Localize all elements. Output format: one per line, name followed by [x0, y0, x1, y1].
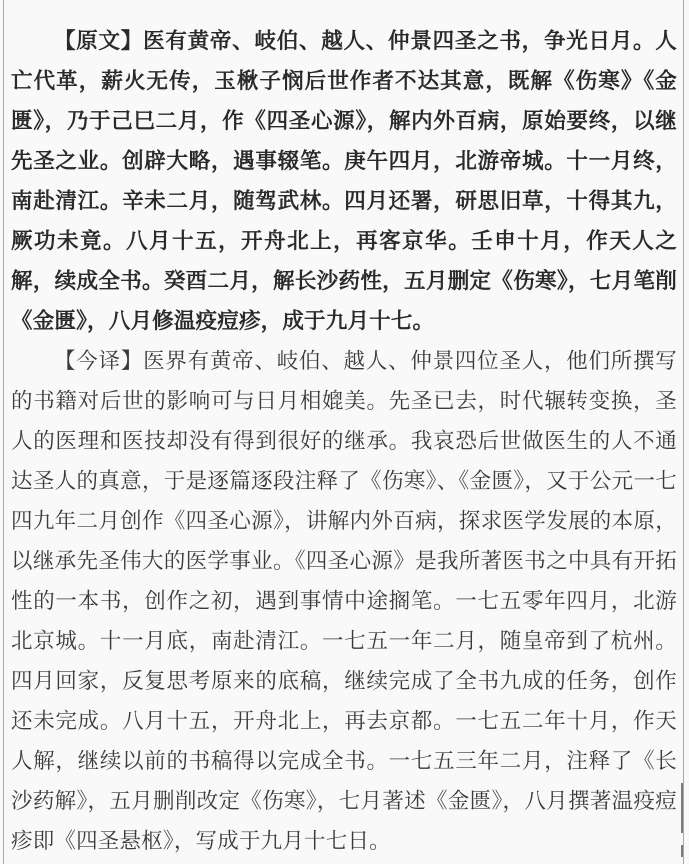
- original-text-paragraph: 【原文】医有黄帝、岐伯、越人、仲景四圣之书，争光日月。人亡代革，薪火无传，玉楸子…: [11, 22, 677, 342]
- document-body: 【原文】医有黄帝、岐伯、越人、仲景四圣之书，争光日月。人亡代革，薪火无传，玉楸子…: [11, 22, 677, 862]
- translation-text: 医界有黄帝、岐伯、越人、仲景四位圣人，他们所撰写的书籍对后世的影响可与日月相媲美…: [11, 349, 677, 854]
- translation-paragraph: 【今译】医界有黄帝、岐伯、越人、仲景四位圣人，他们所撰写的书籍对后世的影响可与日…: [11, 342, 677, 862]
- document-page: 【原文】医有黄帝、岐伯、越人、仲景四圣之书，争光日月。人亡代革，薪火无传，玉楸子…: [3, 0, 684, 864]
- scroll-edge-marker: [681, 783, 683, 833]
- translation-label: 【今译】: [54, 349, 143, 374]
- scroll-edge-marker: [681, 845, 683, 857]
- original-label: 【原文】: [54, 29, 143, 54]
- original-text: 医有黄帝、岐伯、越人、仲景四圣之书，争光日月。人亡代革，薪火无传，玉楸子悯后世作…: [11, 29, 677, 334]
